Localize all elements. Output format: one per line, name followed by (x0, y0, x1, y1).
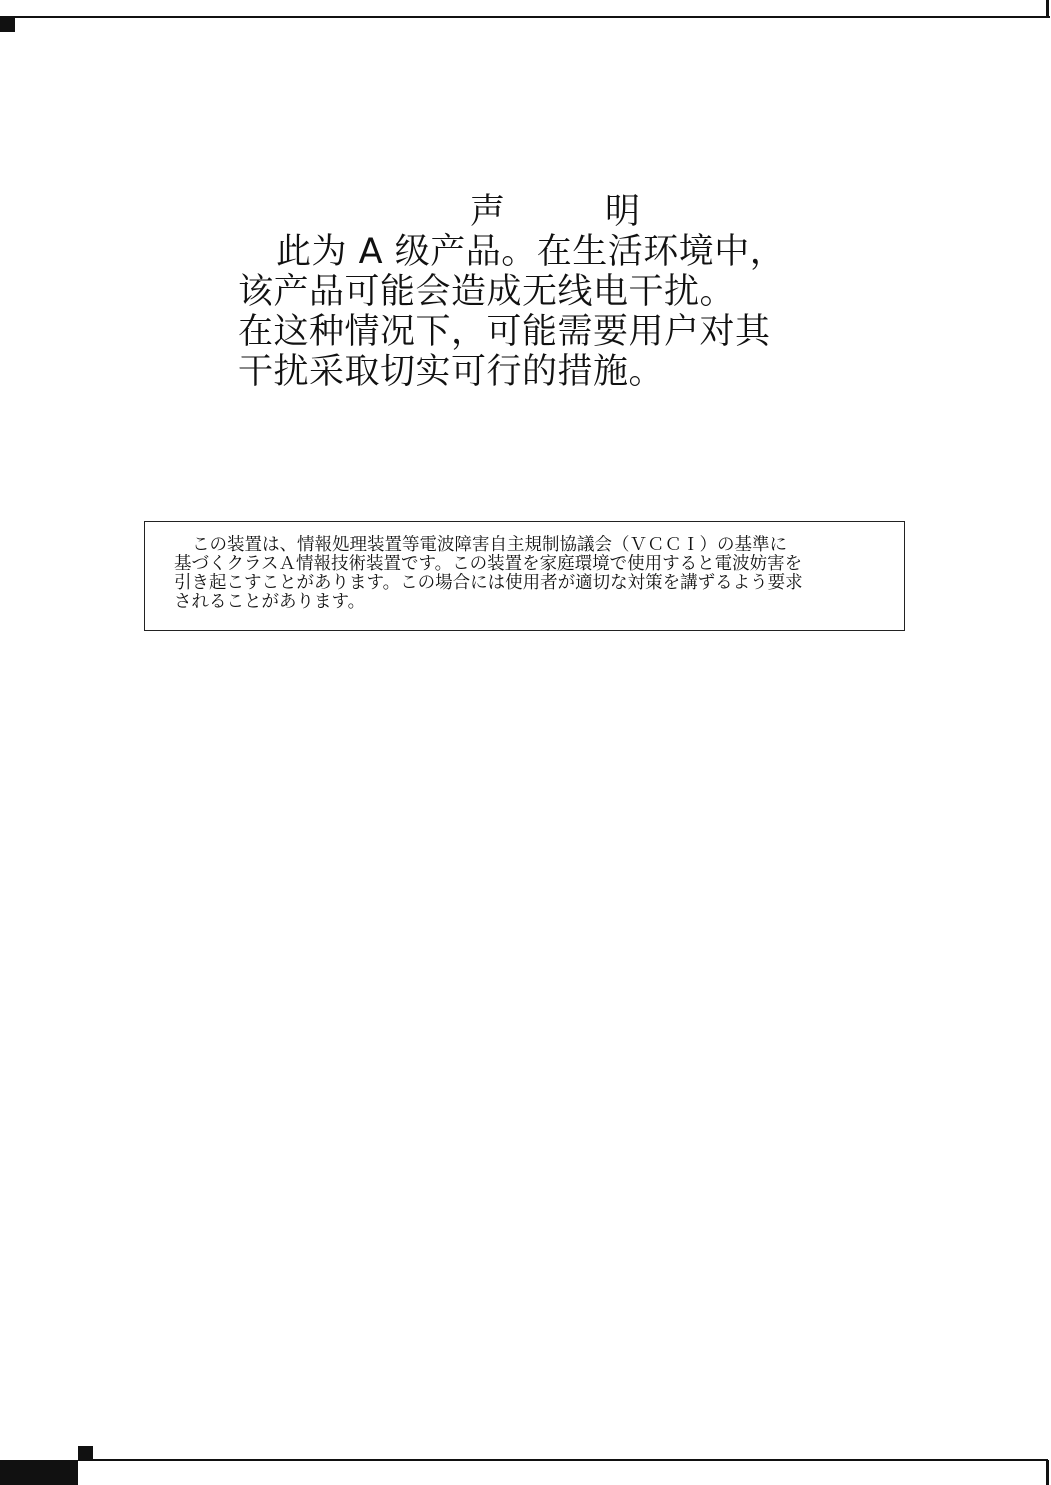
statement-title-char-1: 声 (470, 192, 506, 232)
statement-line-4: 干扰采取切实可行的措施。 (238, 352, 664, 392)
statement-line-2: 该产品可能会造成无线电干扰。 (238, 272, 735, 312)
header-corner-marker (0, 17, 15, 32)
statement-title: 声 明 (238, 192, 838, 232)
vcci-notice-text: この装置は、情報処理装置等電波障害自主規制協議会（ＶＣＣＩ）の基準に 基づくクラ… (174, 536, 803, 612)
statement-line-1: 此为 A 级产品。在生活环境中， (276, 232, 785, 272)
vcci-line-3: 引き起こすことがあります。この場合には使用者が適切な対策を講ずるよう要求 (174, 574, 803, 593)
vcci-line-1: この装置は、情報処理装置等電波障害自主規制協議会（ＶＣＣＩ）の基準に (174, 536, 803, 555)
header-rule (0, 16, 1050, 18)
footer-tab-block (0, 1460, 78, 1485)
statement-title-char-2: 明 (605, 192, 641, 232)
statement-line-3: 在这种情况下，可能需要用户对其 (238, 312, 771, 352)
header-rule-end-tick (1046, 0, 1049, 18)
vcci-notice-box: この装置は、情報処理装置等電波障害自主規制協議会（ＶＣＣＩ）の基準に 基づくクラ… (144, 521, 905, 631)
vcci-line-4: されることがあります。 (174, 593, 803, 612)
vcci-line-2: 基づくクラスＡ情報技術装置です。この装置を家庭環境で使用すると電波妨害を (174, 555, 803, 574)
footer-rule (78, 1459, 1048, 1461)
footer-rule-end-tick (1046, 1460, 1049, 1485)
